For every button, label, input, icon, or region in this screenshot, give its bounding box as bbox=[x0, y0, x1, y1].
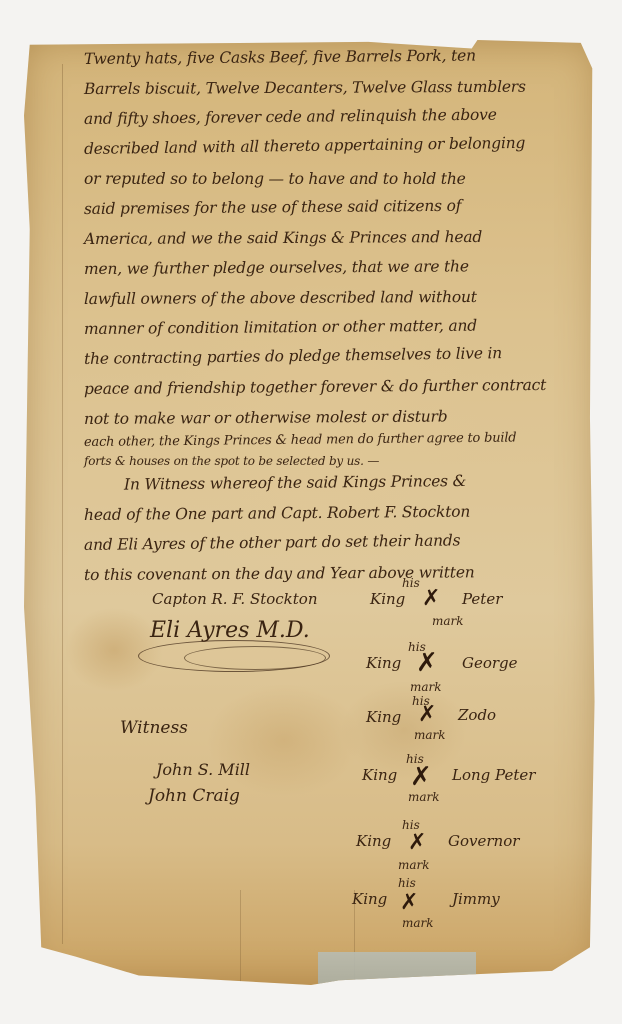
chief-name: Long Peter bbox=[452, 766, 535, 784]
body-line: lawfull owners of the above described la… bbox=[84, 281, 604, 314]
chief-name: George bbox=[462, 654, 518, 672]
mark-label: mark bbox=[432, 614, 464, 628]
body-line: described land with all thereto appertai… bbox=[84, 127, 604, 164]
x-mark-icon: ✗ bbox=[400, 890, 418, 915]
witness-label: Witness bbox=[120, 718, 188, 738]
fold-crease bbox=[240, 890, 241, 985]
body-line: to this covenant on the day and Year abo… bbox=[84, 556, 604, 590]
margin-rule bbox=[62, 64, 63, 944]
x-mark-icon: ✗ bbox=[410, 762, 432, 792]
king-title: King bbox=[366, 708, 401, 726]
king-title: King bbox=[356, 832, 391, 850]
body-line: the contracting parties do pledge themse… bbox=[84, 337, 604, 374]
body-line: men, we further pledge ourselves, that w… bbox=[84, 250, 604, 284]
signature-stockton: Capton R. F. Stockton bbox=[152, 590, 318, 608]
mark-label: mark bbox=[408, 790, 440, 804]
chief-name: Jimmy bbox=[452, 890, 500, 908]
repair-tape bbox=[318, 952, 476, 1000]
signature-flourish bbox=[184, 646, 326, 670]
witness-signature: John S. Mill bbox=[156, 760, 250, 779]
king-title: King bbox=[352, 890, 387, 908]
his-label: his bbox=[398, 876, 416, 890]
x-mark-icon: ✗ bbox=[408, 830, 426, 855]
body-line: America, and we the said Kings & Princes… bbox=[84, 221, 604, 254]
king-title: King bbox=[366, 654, 401, 672]
his-label: his bbox=[402, 576, 420, 590]
chief-name: Peter bbox=[462, 590, 502, 608]
chief-name: Governor bbox=[448, 832, 519, 850]
king-title: King bbox=[362, 766, 397, 784]
mark-label: mark bbox=[398, 858, 430, 872]
witness-signature: John Craig bbox=[148, 786, 240, 806]
body-line: said premises for the use of these said … bbox=[84, 189, 604, 224]
witness-clause: In Witness whereof the said Kings Prince… bbox=[84, 465, 604, 500]
body-line: Twenty hats, five Casks Beef, five Barre… bbox=[84, 39, 604, 74]
covenant-body: Twenty hats, five Casks Beef, five Barre… bbox=[84, 44, 604, 590]
x-mark-icon: ✗ bbox=[418, 702, 436, 727]
body-line: and Eli Ayres of the other part do set t… bbox=[84, 524, 604, 560]
king-title: King bbox=[370, 590, 405, 608]
mark-label: mark bbox=[410, 680, 442, 694]
chief-name: Zodo bbox=[458, 706, 496, 724]
x-mark-icon: ✗ bbox=[416, 648, 438, 678]
x-mark-icon: ✗ bbox=[422, 586, 440, 611]
body-line: peace and friendship together forever & … bbox=[84, 369, 604, 404]
mark-label: mark bbox=[414, 728, 446, 742]
mark-label: mark bbox=[402, 916, 434, 930]
